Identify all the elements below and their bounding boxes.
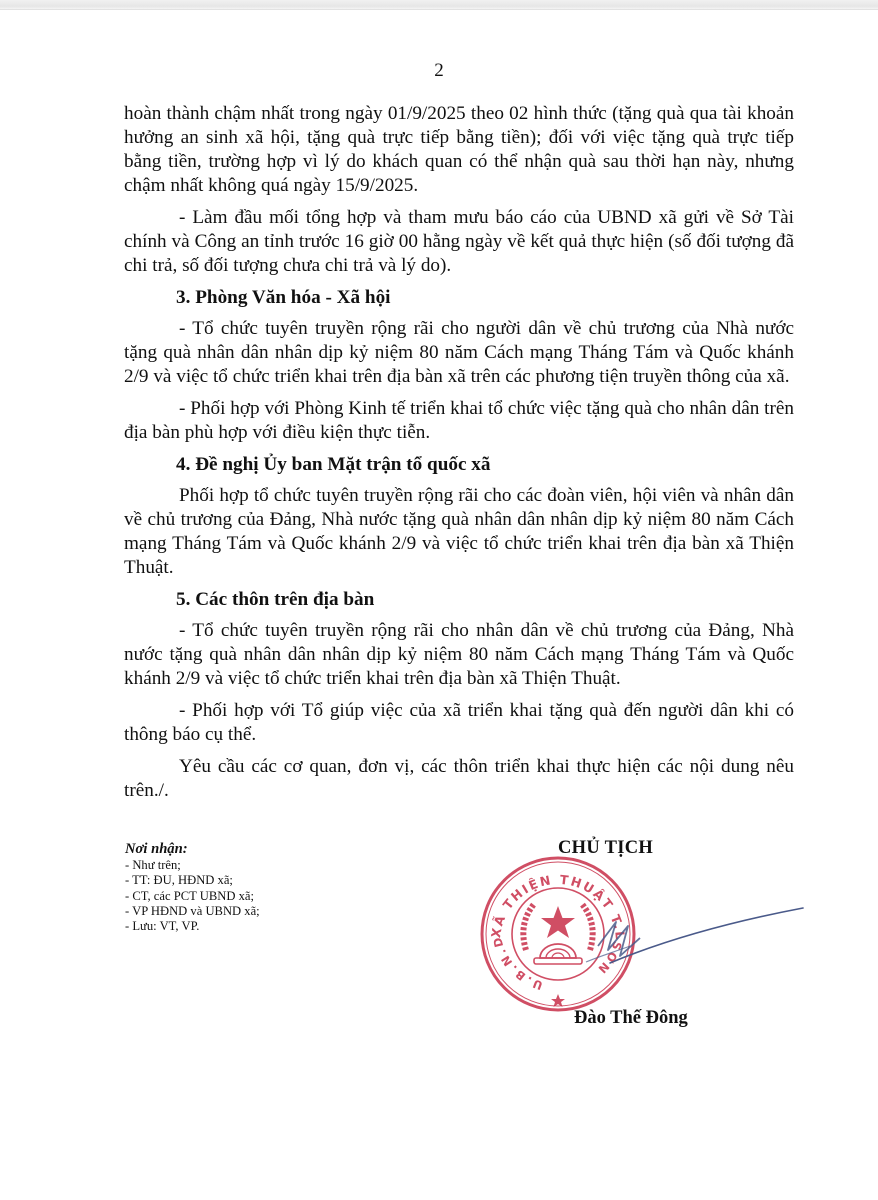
- recipients-title: Nơi nhận:: [125, 842, 385, 857]
- paragraph: Phối hợp tổ chức tuyên truyền rộng rãi c…: [124, 484, 794, 580]
- signer-name: Đào Thế Đông: [574, 1008, 688, 1029]
- page-number: 2: [0, 60, 878, 82]
- paragraph: hoàn thành chậm nhất trong ngày 01/9/202…: [124, 102, 794, 198]
- official-seal-icon: XÃ THIỆN THUẬT T.LẠNG SƠN U.B.N.D: [478, 854, 638, 1014]
- recipient-item: - TT: ĐU, HĐND xã;: [125, 873, 385, 888]
- document-body: hoàn thành chậm nhất trong ngày 01/9/202…: [124, 102, 794, 811]
- paragraph: Yêu cầu các cơ quan, đơn vị, các thôn tr…: [124, 755, 794, 803]
- paragraph: - Phối hợp với Phòng Kinh tế triển khai …: [124, 397, 794, 445]
- recipient-item: - VP HĐND và UBND xã;: [125, 904, 385, 919]
- recipient-item: - CT, các PCT UBND xã;: [125, 889, 385, 904]
- section-heading: 4. Đề nghị Ủy ban Mặt trận tổ quốc xã: [124, 453, 794, 477]
- paragraph: - Tổ chức tuyên truyền rộng rãi cho ngườ…: [124, 317, 794, 389]
- recipient-item: - Lưu: VT, VP.: [125, 919, 385, 934]
- paragraph: - Phối hợp với Tổ giúp việc của xã triển…: [124, 699, 794, 747]
- section-heading: 5. Các thôn trên địa bàn: [124, 588, 794, 612]
- svg-text:SƠN: SƠN: [594, 939, 625, 977]
- document-page: 2 hoàn thành chậm nhất trong ngày 01/9/2…: [0, 0, 878, 1200]
- paragraph: - Làm đầu mối tổng hợp và tham mưu báo c…: [124, 206, 794, 278]
- signature-block: CHỦ TỊCH XÃ THIỆN THUẬT T.LẠNG SƠN U.B.N…: [470, 838, 870, 1038]
- seal-bottom-right-text: SƠN: [594, 939, 625, 977]
- recipient-item: - Như trên;: [125, 858, 385, 873]
- paragraph: - Tổ chức tuyên truyền rộng rãi cho nhân…: [124, 619, 794, 691]
- section-heading: 3. Phòng Văn hóa - Xã hội: [124, 286, 794, 310]
- recipients-block: Nơi nhận: - Như trên; - TT: ĐU, HĐND xã;…: [125, 842, 385, 934]
